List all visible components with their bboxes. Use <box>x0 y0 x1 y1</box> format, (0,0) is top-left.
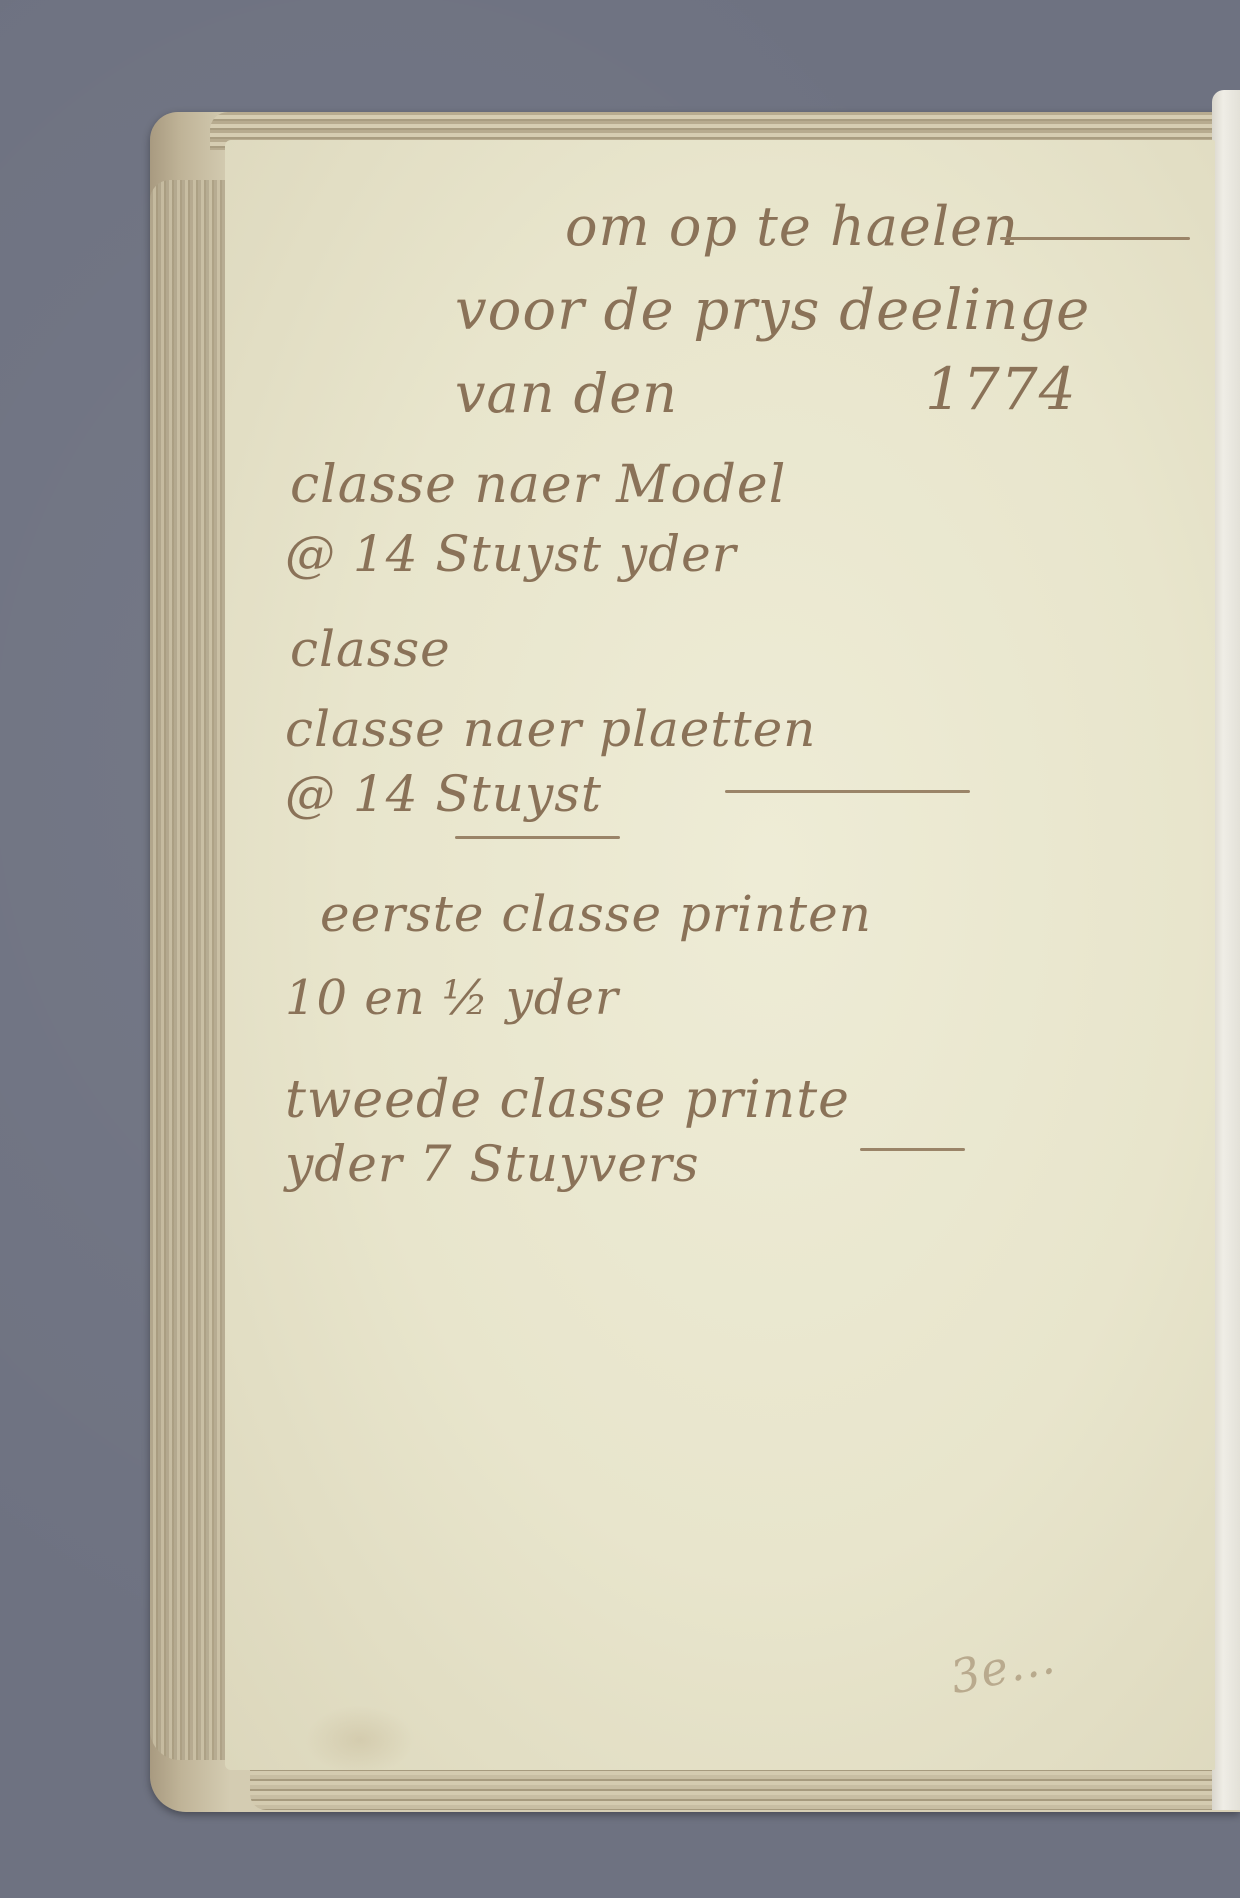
water-stain <box>305 1705 415 1775</box>
entry-5-rule <box>860 1148 965 1151</box>
entry-4-line-2: 10 en ½ yder <box>285 970 619 1026</box>
entry-3-underline <box>455 836 620 839</box>
entry-3-line-2: @ 14 Stuyst <box>285 765 602 823</box>
entry-2-line-1: classe <box>290 620 451 678</box>
entry-3-line-1: classe naer plaetten <box>285 700 816 758</box>
entry-1-line-1: classe naer Model <box>290 455 786 515</box>
heading-rule <box>1000 237 1190 240</box>
heading-line-3: van den <box>455 362 678 425</box>
entry-3-rule <box>725 790 970 793</box>
heading-line-1: om op te haelen <box>565 195 1019 258</box>
entry-5-line-2: yder 7 Stuyvers <box>285 1135 700 1193</box>
entry-5-line-1: tweede classe printe <box>285 1070 850 1130</box>
page-stack-left-edge <box>150 180 230 1760</box>
facing-page-edge <box>1212 90 1240 1810</box>
heading-year: 1774 <box>925 355 1077 423</box>
heading-line-2: voor de prys deelinge <box>455 278 1090 343</box>
entry-1-line-2: @ 14 Stuyst yder <box>285 525 737 583</box>
entry-4-line-1: eerste classe printen <box>320 885 872 943</box>
